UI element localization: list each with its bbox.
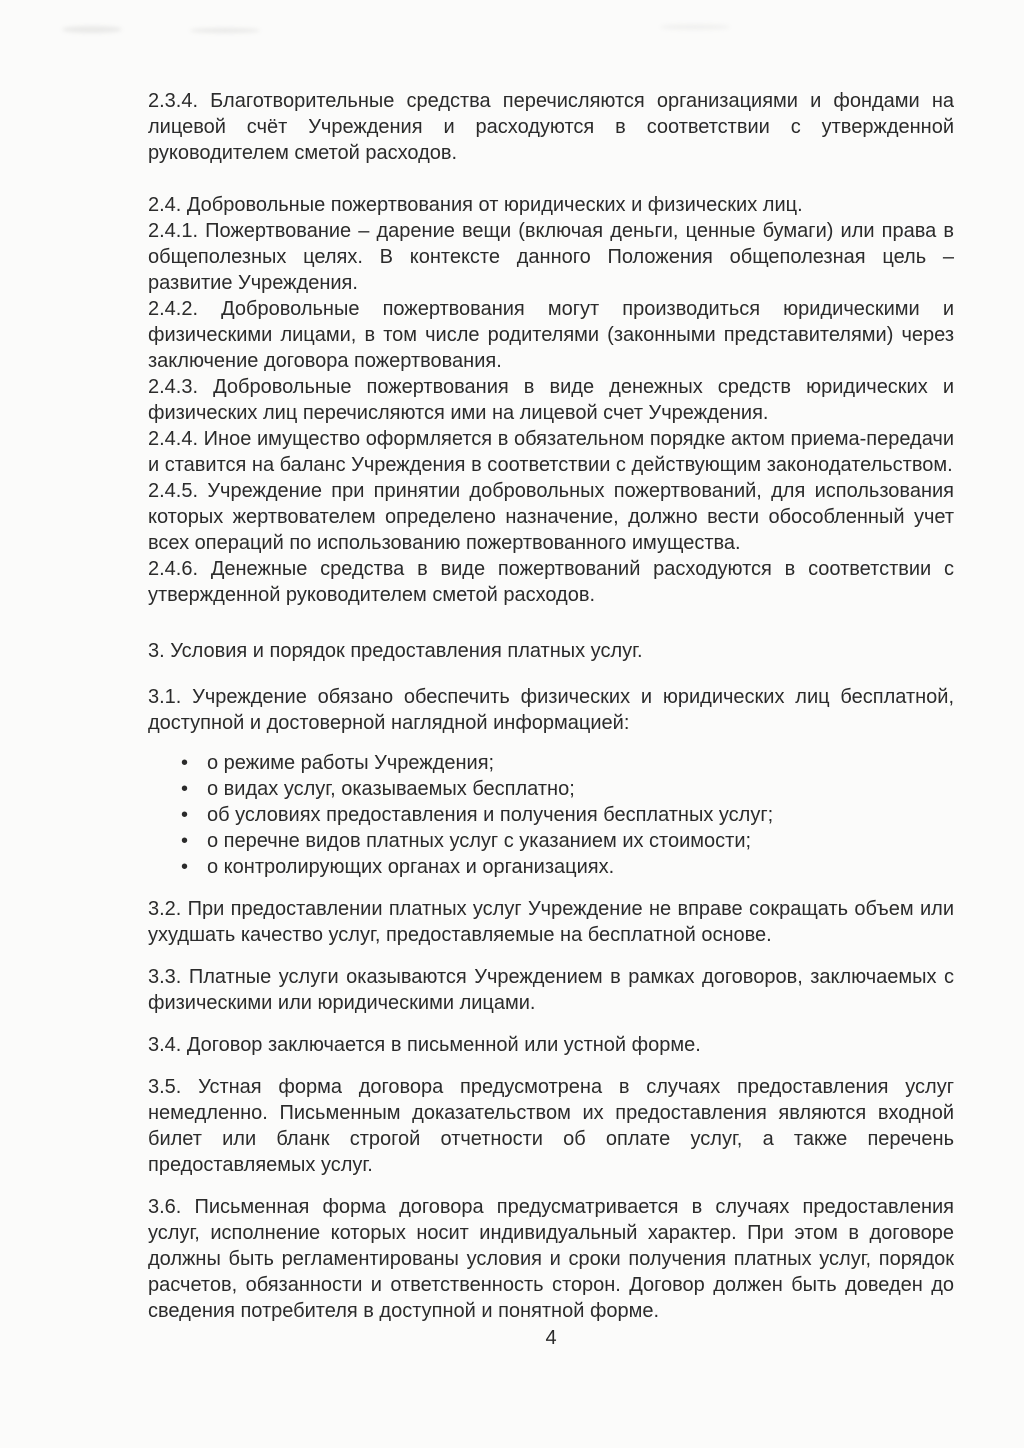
bullet-icon: • bbox=[181, 750, 188, 776]
document-text-area: 2.3.4. Благотворительные средства перечи… bbox=[148, 88, 954, 1351]
scan-smudge-artifact bbox=[660, 24, 730, 30]
list-item: •о перечне видов платных услуг с указани… bbox=[207, 828, 954, 854]
page-number: 4 bbox=[148, 1325, 954, 1351]
list-item: •о режиме работы Учреждения; bbox=[207, 750, 954, 776]
paragraph-2-4: 2.4. Добровольные пожертвования от юриди… bbox=[148, 192, 954, 218]
paragraph-2-4-2: 2.4.2. Добровольные пожертвования могут … bbox=[148, 296, 954, 374]
list-item-text: о контролирующих органах и организациях. bbox=[207, 856, 614, 878]
list-item: •о видах услуг, оказываемых бесплатно; bbox=[207, 776, 954, 802]
paragraph-3-6: 3.6. Письменная форма договора предусмат… bbox=[148, 1194, 954, 1324]
paragraph-2-4-6: 2.4.6. Денежные средства в виде пожертво… bbox=[148, 556, 954, 608]
list-item: •о контролирующих органах и организациях… bbox=[207, 854, 954, 880]
list-item-text: об условиях предоставления и получения б… bbox=[207, 804, 773, 826]
scan-smudge-artifact bbox=[62, 26, 122, 33]
paragraph-3-1: 3.1. Учреждение обязано обеспечить физич… bbox=[148, 684, 954, 736]
paragraph-2-4-5: 2.4.5. Учреждение при принятии доброволь… bbox=[148, 478, 954, 556]
bullet-icon: • bbox=[181, 828, 188, 854]
paragraph-2-4-4: 2.4.4. Иное имущество оформляется в обяз… bbox=[148, 426, 954, 478]
bullet-icon: • bbox=[181, 802, 188, 828]
paragraph-2-4-3: 2.4.3. Добровольные пожертвования в виде… bbox=[148, 374, 954, 426]
list-item: •об условиях предоставления и получения … bbox=[207, 802, 954, 828]
paragraph-2-4-1: 2.4.1. Пожертвование – дарение вещи (вкл… bbox=[148, 218, 954, 296]
bullet-icon: • bbox=[181, 854, 188, 880]
paragraph-3-5: 3.5. Устная форма договора предусмотрена… bbox=[148, 1074, 954, 1178]
section-3-heading: 3. Условия и порядок предоставления плат… bbox=[148, 638, 954, 664]
list-item-text: о видах услуг, оказываемых бесплатно; bbox=[207, 778, 575, 800]
paragraph-3-2: 3.2. При предоставлении платных услуг Уч… bbox=[148, 896, 954, 948]
bullet-list: •о режиме работы Учреждения; •о видах ус… bbox=[148, 750, 954, 880]
paragraph-3-3: 3.3. Платные услуги оказываются Учрежден… bbox=[148, 964, 954, 1016]
scan-smudge-artifact bbox=[190, 28, 260, 33]
paragraph-3-4: 3.4. Договор заключается в письменной ил… bbox=[148, 1032, 954, 1058]
scanned-document-page: { "doc": { "p_2_3_4": "2.3.4. Благотвори… bbox=[0, 0, 1024, 1448]
paragraph-2-3-4: 2.3.4. Благотворительные средства перечи… bbox=[148, 88, 954, 166]
bullet-icon: • bbox=[181, 776, 188, 802]
list-item-text: о перечне видов платных услуг с указание… bbox=[207, 830, 751, 852]
list-item-text: о режиме работы Учреждения; bbox=[207, 752, 494, 774]
